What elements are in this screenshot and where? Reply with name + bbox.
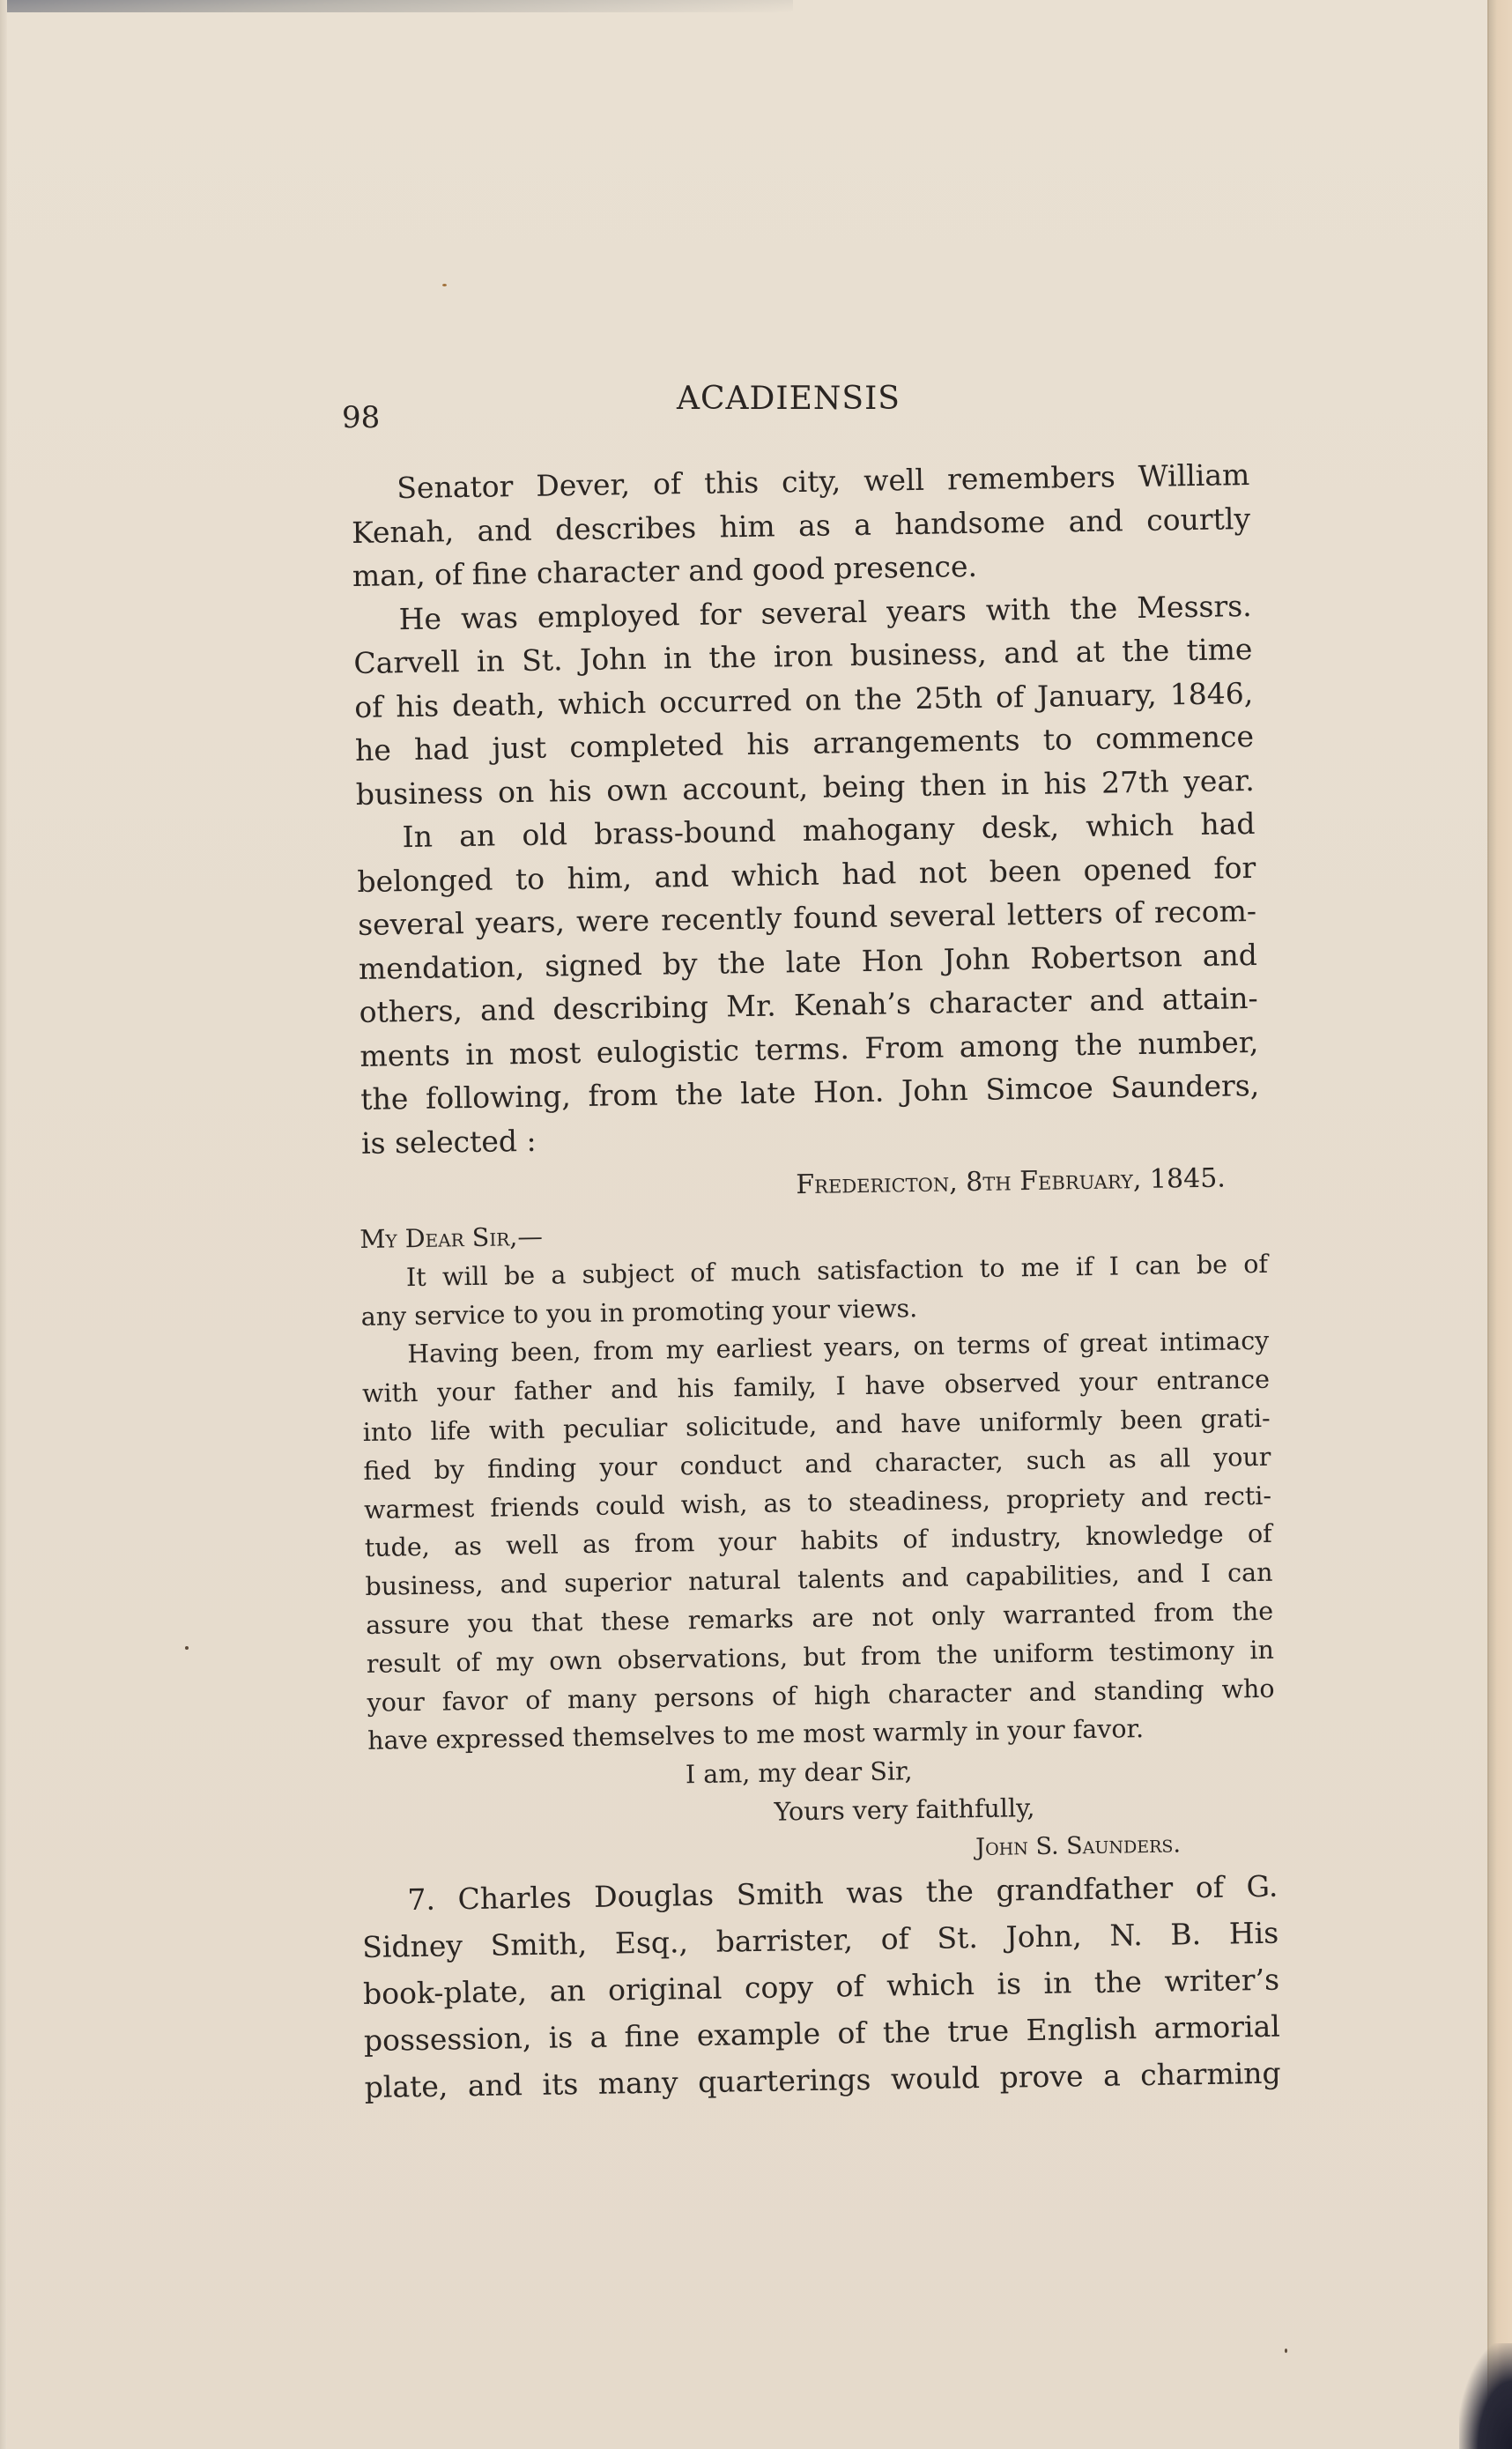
page-fore-edge: [1487, 0, 1512, 2449]
paragraph: Senator Dever, of this city, well rememb…: [351, 453, 1251, 598]
paragraph: He was employed for several years with t…: [352, 583, 1255, 815]
numbered-note: 7. Charles Douglas Smith was the grandfa…: [361, 1863, 1281, 2111]
paper-speck: [442, 284, 447, 286]
gutter-edge: [0, 0, 7, 2449]
running-head: ACADIENSIS: [677, 381, 901, 417]
book-page: 98 ACADIENSIS Senator Dever, of this cit…: [0, 0, 1489, 2449]
paragraph: In an old brass-bound mahogany desk, whi…: [356, 802, 1260, 1165]
previous-page-edge: [0, 0, 793, 12]
page-header: 98 ACADIENSIS: [342, 381, 1276, 434]
quoted-letter: My Dear Sir,— It will be a subject of mu…: [359, 1206, 1278, 1877]
body-text: Senator Dever, of this city, well rememb…: [351, 453, 1261, 1213]
paper-speck: [185, 1646, 189, 1650]
page-number: 98: [342, 400, 380, 435]
corner-shadow: [1459, 2343, 1512, 2449]
paper-speck: [1285, 2349, 1287, 2353]
letter-dateline: Fredericton, 8th February, 1845.: [362, 1156, 1262, 1214]
